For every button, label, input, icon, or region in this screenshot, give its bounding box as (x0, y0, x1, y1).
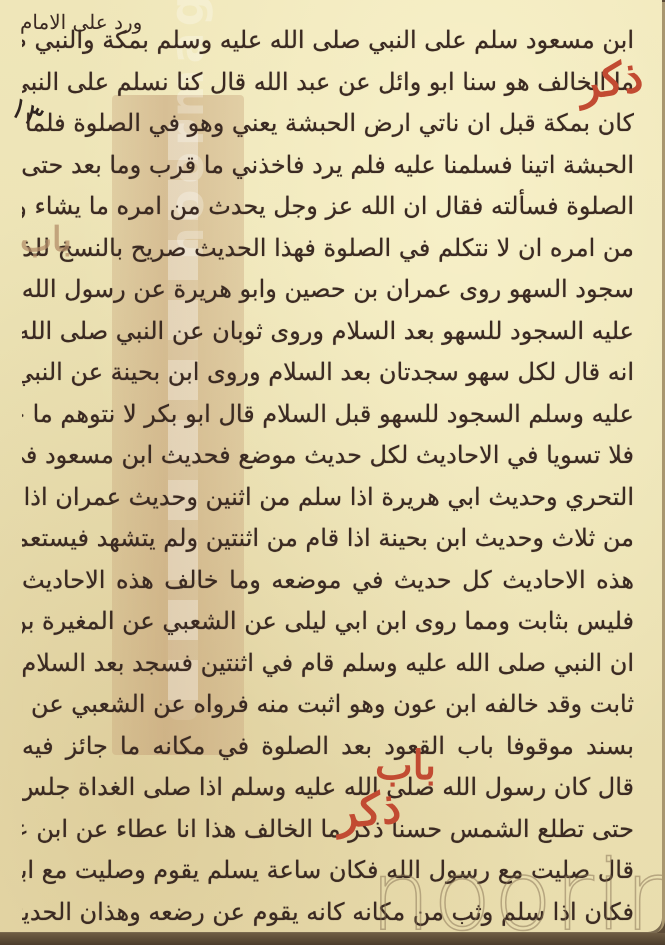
manuscript-page: noormags ١٣ ورد على الامام ابن مسعود سلم… (0, 0, 662, 932)
text-line: ما الخالف هو سنا ابو وائل عن عبد الله قا… (22, 62, 634, 104)
manuscript-text-block: ابن مسعود سلم على النبي صلى الله عليه وس… (22, 20, 634, 932)
text-line: سجود السهو روى عمران بن حصين وابو هريرة … (22, 269, 634, 311)
page-bottom-edge (0, 933, 665, 945)
text-line: بسند موقوفا باب القعود بعد الصلوة في مكا… (22, 726, 634, 768)
text-line: ثابت وقد خالفه ابن عون وهو اثبت منه فروا… (22, 684, 634, 726)
text-line: ابن مسعود سلم على النبي صلى الله عليه وس… (22, 20, 634, 62)
rubric-dhikr-lower: ذكر (334, 782, 404, 839)
text-line: الحبشة اتينا فسلمنا عليه فلم يرد فاخذني … (22, 145, 634, 187)
rubric-bab-lower: باب (375, 742, 436, 789)
text-line: عليه وسلم السجود للسهو قبل السلام قال اب… (22, 394, 634, 436)
text-line: فلا تسويا في الاحاديث لكل حديث موضع فحدي… (22, 435, 634, 477)
text-line: كان بمكة قبل ان ناتي ارض الحبشة يعني وهو… (22, 103, 634, 145)
text-line: انه قال لكل سهو سجدتان بعد السلام وروى ا… (22, 352, 634, 394)
rubric-bab-faded-margin: باب (20, 220, 72, 260)
text-line: من ثلاث وحديث ابن بحينة اذا قام من اثنتي… (22, 518, 634, 560)
text-line: عليه السجود للسهو بعد السلام وروى ثوبان … (22, 311, 634, 353)
text-line: التحري وحديث ابي هريرة اذا سلم من اثنين … (22, 477, 634, 519)
rubric-dhikr-top: ذكر (575, 51, 646, 111)
text-line: قال كان رسول الله صلى الله عليه وسلم اذا… (22, 767, 634, 809)
bottom-watermark: noorir (370, 848, 662, 932)
text-line: ان النبي صلى الله عليه وسلم قام في اثنتي… (22, 643, 634, 685)
text-line: فليس بثابت ومما روى ابن ابي ليلى عن الشع… (22, 601, 634, 643)
text-line: هذه الاحاديث كل حديث في موضعه وما خالف ه… (22, 560, 634, 602)
text-line: الصلوة فسألته فقال ان الله عز وجل يحدث م… (22, 186, 634, 228)
text-line: من امره ان لا نتكلم في الصلوة فهذا الحدي… (22, 228, 634, 270)
